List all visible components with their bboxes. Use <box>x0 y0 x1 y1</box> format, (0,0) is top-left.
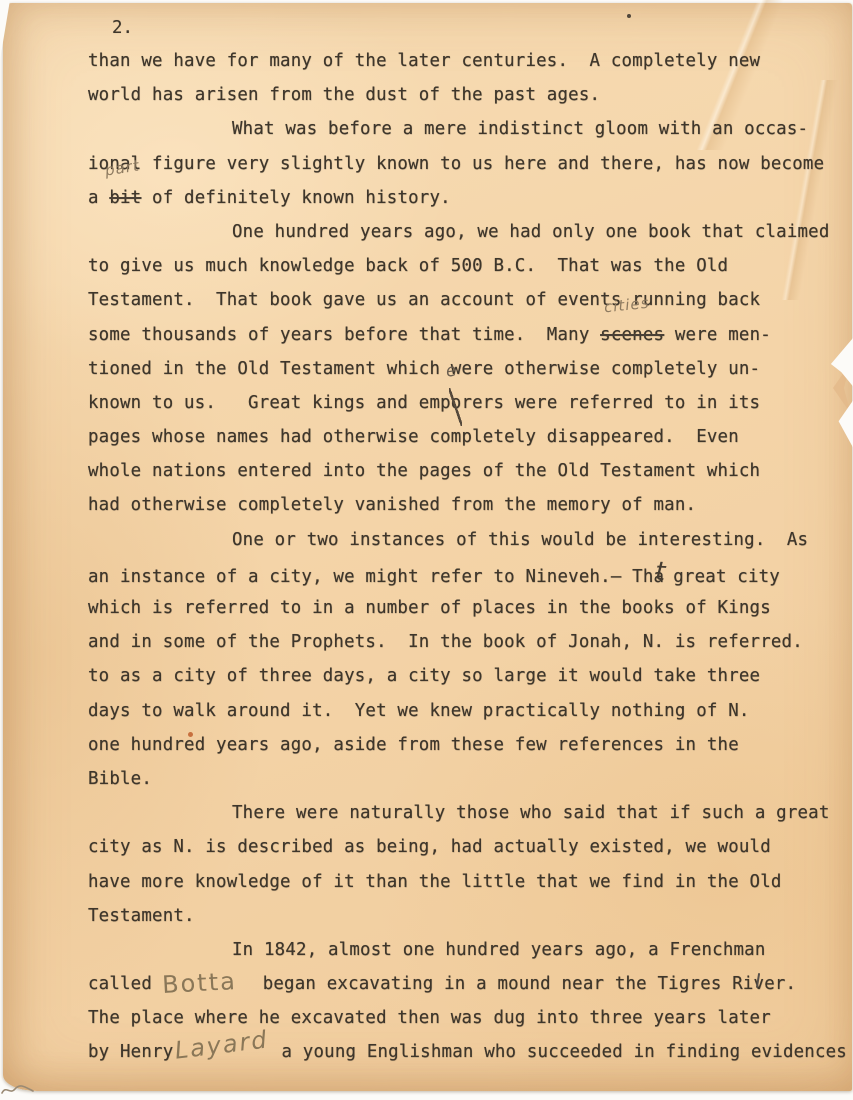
ink-dot <box>627 14 631 18</box>
typed-line: Testament. <box>88 899 833 933</box>
typed-line: one hundred years ago, aside from these … <box>88 728 833 762</box>
typed-segment: by Henry <box>88 1042 173 1062</box>
typed-line-with-correction: a partbit of definitely known history. <box>88 181 833 215</box>
typed-line: Bible. <box>88 762 833 796</box>
typed-segment: a young Englishman who succeeded in find… <box>281 1042 847 1062</box>
rust-speck <box>188 732 193 737</box>
correction-site: citiesscenes <box>600 318 664 352</box>
typed-text-block: than we have for many of the later centu… <box>88 44 833 1070</box>
typed-line: whole nations entered into the pages of … <box>88 454 833 488</box>
slashed-letter: o <box>451 386 462 420</box>
typed-line: Testament. That book gave us an account … <box>88 283 833 317</box>
correction-site: eo <box>451 386 462 420</box>
typed-line: In 1842, almost one hundred years ago, a… <box>88 933 833 967</box>
typed-line-with-handwriting: by HenryLayarda young Englishman who suc… <box>88 1035 833 1069</box>
pencil-mark <box>1 1083 35 1097</box>
typed-line: had otherwise completely vanished from t… <box>88 488 833 522</box>
strikethrough-word: bit <box>109 188 141 208</box>
typed-line: which is referred to in a number of plac… <box>88 591 833 625</box>
typed-segment: known to us. Great kings and emp <box>88 393 451 413</box>
typed-line-with-correction: an instance of a city, we might refer to… <box>88 557 833 591</box>
handwritten-name-botta: Botta <box>162 969 238 997</box>
scanned-document: 2. than we have for many of the later ce… <box>0 0 853 1100</box>
correction-site: partbit <box>109 181 141 215</box>
handwritten-correction: cities <box>604 295 651 315</box>
typed-line: city as N. is described as being, had ac… <box>88 830 833 864</box>
typed-line: One or two instances of this would be in… <box>88 523 833 557</box>
handwritten-correction: e <box>445 362 459 381</box>
typed-segment: were men- <box>664 325 771 345</box>
typed-line: to as a city of three days, a city so la… <box>88 659 833 693</box>
page-number: 2. <box>112 13 133 43</box>
typed-line: There were naturally those who said that… <box>88 796 833 830</box>
strikethrough-word: scenes <box>600 325 664 345</box>
typed-line: to give us much knowledge back of 500 B.… <box>88 249 833 283</box>
typed-line: What was before a mere indistinct gloom … <box>88 112 833 146</box>
typed-line: and in some of the Prophets. In the book… <box>88 625 833 659</box>
typed-line: days to walk around it. Yet we knew prac… <box>88 694 833 728</box>
typed-line-with-correction: known to us. Great kings and empeorers w… <box>88 386 833 420</box>
typed-segment: great city <box>663 567 780 587</box>
typed-line-with-handwriting: calledBottabegan excavating in a mound n… <box>88 967 833 1001</box>
typed-line: tioned in the Old Testament which were o… <box>88 352 833 386</box>
typed-line: ional figure very slightly known to us h… <box>88 147 833 181</box>
typed-line: One hundred years ago, we had only one b… <box>88 215 833 249</box>
typed-segment: began excavating in a mound near the Tig… <box>263 974 797 994</box>
typed-line: The place where he excavated then was du… <box>88 1001 833 1035</box>
typed-segment: called <box>88 974 152 994</box>
typed-segment: an instance of a city, we might refer to… <box>88 567 664 587</box>
typed-segment: rers were referred to in its <box>461 393 760 413</box>
handwritten-letter: t <box>654 555 666 590</box>
typed-segment: of definitely known history. <box>141 188 450 208</box>
typed-line: have more knowledge of it than the littl… <box>88 865 833 899</box>
typed-line: than we have for many of the later centu… <box>88 44 833 78</box>
typed-segment: a <box>88 188 109 208</box>
typed-line-with-correction: some thousands of years before that time… <box>88 318 833 352</box>
typed-line: world has arisen from the dust of the pa… <box>88 78 833 112</box>
typed-segment: some thousands of years before that time… <box>88 325 600 345</box>
